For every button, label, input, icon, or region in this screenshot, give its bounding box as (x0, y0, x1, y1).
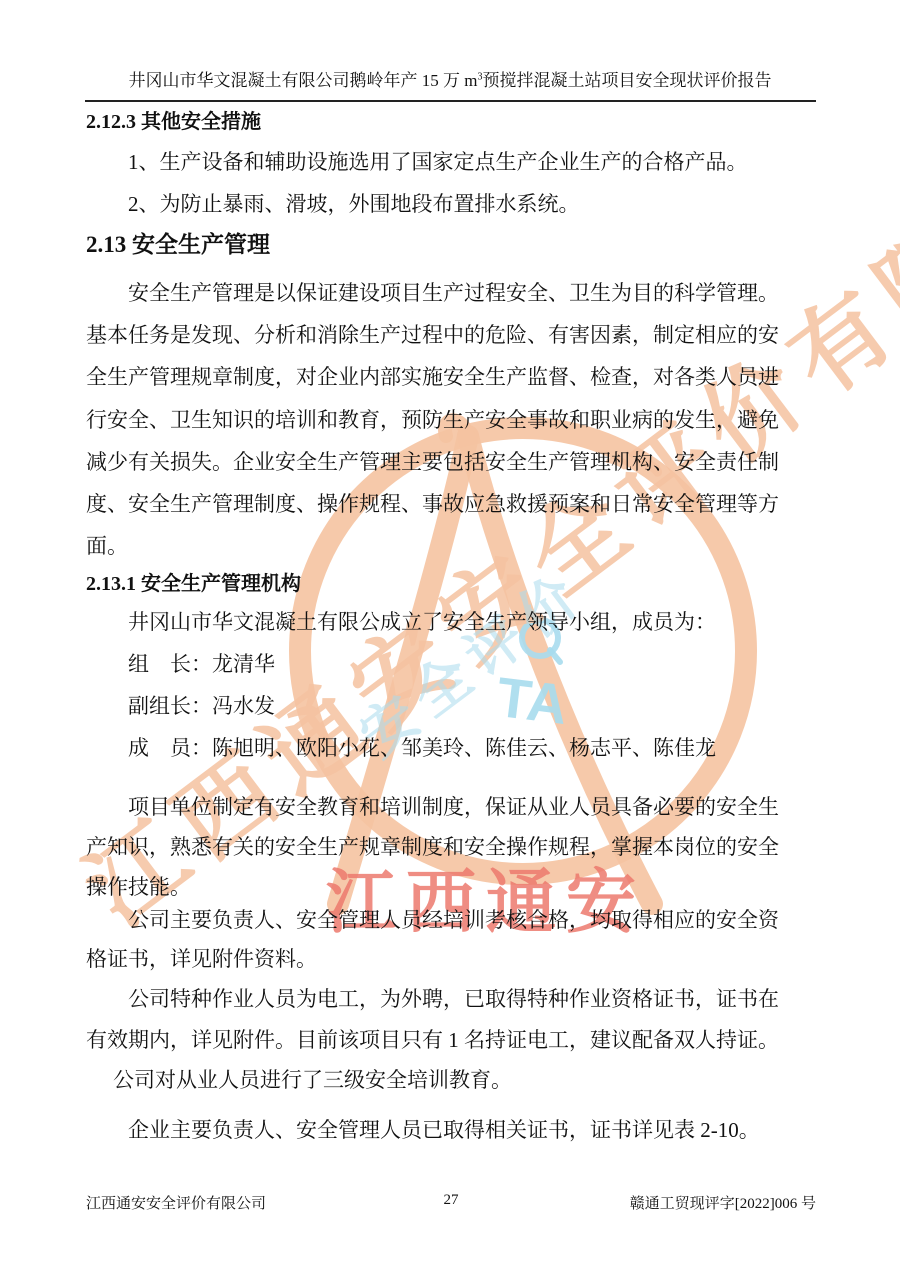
footer-page-number: 27 (86, 1192, 816, 1209)
para-training-line: 产知识，熟悉有关的安全生产规章制度和安全操作规程，掌握本岗位的安全 (86, 833, 846, 861)
intro-line: 井冈山市华文混凝土有限公成立了安全生产领导小组，成员为： (86, 608, 888, 636)
para-213-line: 行安全、卫生知识的培训和教育，预防生产安全事故和职业病的发生，避免 (86, 406, 846, 434)
heading-2-13-1: 2.13.1 安全生产管理机构 (86, 570, 846, 598)
report-page: 江西通安安全评价有限公司 安全评价 TA 江西通安 井冈山市华文混凝土有限公司鹅… (0, 0, 900, 1274)
para-213-line: 度、安全生产管理制度、操作规程、事故应急救援预案和日常安全管理等方 (86, 490, 846, 518)
list-item-1: 1、生产设备和辅助设施选用了国家定点生产企业生产的合格产品。 (86, 148, 888, 176)
page-header-title: 井冈山市华文混凝土有限公司鹅岭年产 15 万 m3预搅拌混凝土站项目安全现状评价… (0, 66, 900, 91)
list-item-2: 2、为防止暴雨、滑坡，外围地段布置排水系统。 (86, 190, 888, 218)
heading-2-13: 2.13 安全生产管理 (86, 231, 846, 259)
para-213-line: 基本任务是发现、分析和消除生产过程中的危险、有害因素，制定相应的安 (86, 321, 846, 349)
para-213-line: 减少有关损失。企业安全生产管理主要包括安全生产管理机构、安全责任制 (86, 448, 846, 476)
deputy-line: 副组长：冯水发 (86, 692, 888, 720)
para-213-line: 全生产管理规章制度，对企业内部实施安全生产监督、检查，对各类人员进 (86, 363, 846, 391)
para-cert-line: 公司主要负责人、安全管理人员经培训考核合格，均取得相应的安全资 (86, 906, 888, 934)
para-213-line: 面。 (86, 532, 846, 560)
table-reference-line: 企业主要负责人、安全管理人员已取得相关证书，证书详见表 2-10。 (86, 1116, 888, 1144)
heading-2-12-3: 2.12.3 其他安全措施 (86, 108, 846, 136)
three-level-training-line: 公司对从业人员进行了三级安全培训教育。 (86, 1066, 873, 1094)
para-213-line: 安全生产管理是以保证建设项目生产过程安全、卫生为目的科学管理。 (86, 279, 888, 307)
para-cert-line: 格证书，详见附件资料。 (86, 945, 846, 973)
para-special-line: 有效期内，详见附件。目前该项目只有 1 名持证电工，建议配备双人持证。 (86, 1026, 846, 1054)
leader-line: 组 长：龙清华 (86, 650, 888, 678)
page-footer: 江西通安安全评价有限公司 27 赣通工贸现评字[2022]006 号 (86, 1192, 816, 1213)
para-training-line: 操作技能。 (86, 873, 846, 901)
para-training-line: 项目单位制定有安全教育和培训制度，保证从业人员具备必要的安全生 (86, 793, 888, 821)
members-line: 成 员：陈旭明、欧阳小花、邹美玲、陈佳云、杨志平、陈佳龙 (86, 734, 888, 762)
document-content: 井冈山市华文混凝土有限公司鹅岭年产 15 万 m3预搅拌混凝土站项目安全现状评价… (0, 0, 900, 1274)
header-rule (85, 100, 816, 102)
para-special-line: 公司特种作业人员为电工，为外聘，已取得特种作业资格证书，证书在 (86, 985, 888, 1013)
